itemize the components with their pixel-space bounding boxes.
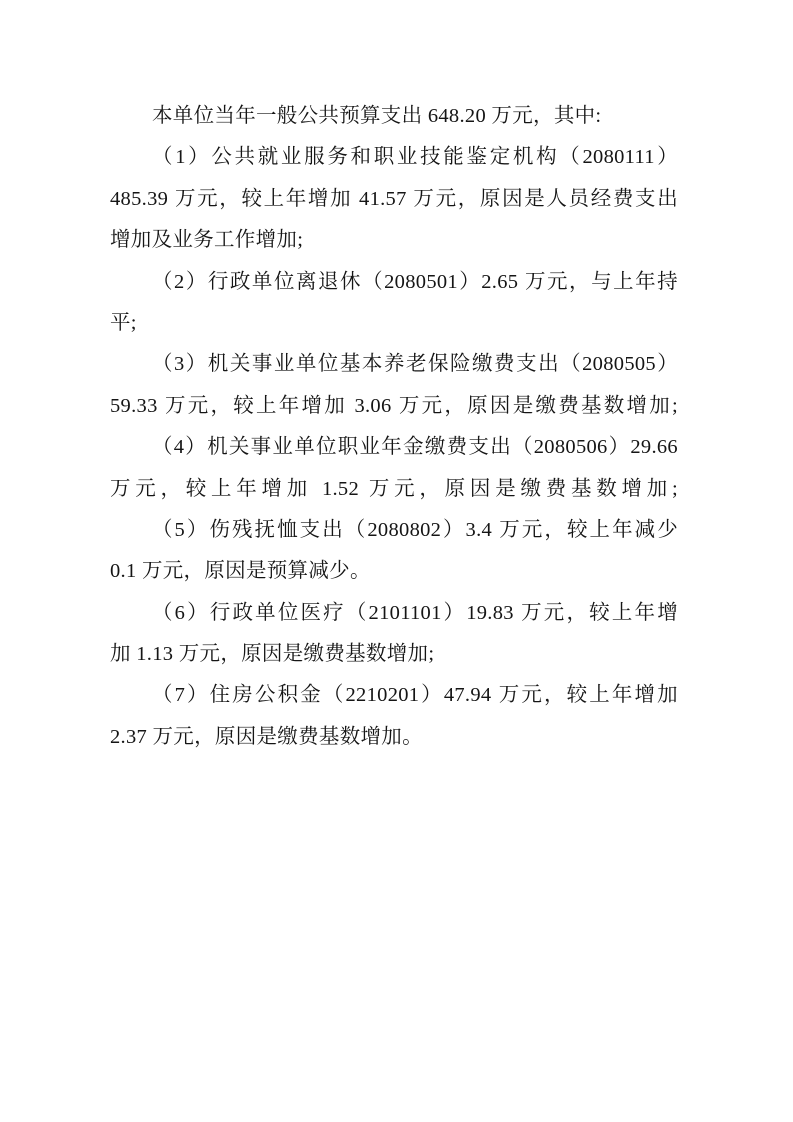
text-line: 增加及业务工作增加; — [110, 220, 678, 261]
budget-expenditure-text: 本单位当年一般公共预算支出 648.20 万元，其中: （1）公共就业服务和职业… — [110, 96, 678, 758]
text-line: （4）机关事业单位职业年金缴费支出（2080506）29.66 — [110, 427, 678, 468]
text-line: 59.33 万元，较上年增加 3.06 万元，原因是缴费基数增加; — [110, 386, 678, 427]
text-line: 485.39 万元，较上年增加 41.57 万元，原因是人员经费支出 — [110, 179, 678, 220]
paragraph-item-1: （1）公共就业服务和职业技能鉴定机构（2080111） 485.39 万元，较上… — [110, 137, 678, 261]
text-line: （5）伤残抚恤支出（2080802）3.4 万元，较上年减少 — [110, 510, 678, 551]
text-line: （2）行政单位离退休（2080501）2.65 万元，与上年持 — [110, 262, 678, 303]
text-line: （6）行政单位医疗（2101101）19.83 万元，较上年增 — [110, 593, 678, 634]
text-line: 本单位当年一般公共预算支出 648.20 万元，其中: — [110, 96, 678, 137]
text-line: （3）机关事业单位基本养老保险缴费支出（2080505） — [110, 344, 678, 385]
paragraph-item-6: （6）行政单位医疗（2101101）19.83 万元，较上年增 加 1.13 万… — [110, 593, 678, 676]
text-line: 0.1 万元，原因是预算减少。 — [110, 551, 678, 592]
paragraph-item-2: （2）行政单位离退休（2080501）2.65 万元，与上年持 平; — [110, 262, 678, 345]
text-line: （1）公共就业服务和职业技能鉴定机构（2080111） — [110, 137, 678, 178]
text-line: （7）住房公积金（2210201）47.94 万元，较上年增加 — [110, 675, 678, 716]
document-page: 本单位当年一般公共预算支出 648.20 万元，其中: （1）公共就业服务和职业… — [0, 0, 793, 1122]
paragraph-item-7: （7）住房公积金（2210201）47.94 万元，较上年增加 2.37 万元，… — [110, 675, 678, 758]
text-line: 万元，较上年增加 1.52 万元，原因是缴费基数增加; — [110, 469, 678, 510]
paragraph-item-4: （4）机关事业单位职业年金缴费支出（2080506）29.66 万元，较上年增加… — [110, 427, 678, 510]
text-line: 2.37 万元，原因是缴费基数增加。 — [110, 717, 678, 758]
text-line: 加 1.13 万元，原因是缴费基数增加; — [110, 634, 678, 675]
paragraph-item-3: （3）机关事业单位基本养老保险缴费支出（2080505） 59.33 万元，较上… — [110, 344, 678, 427]
paragraph-total: 本单位当年一般公共预算支出 648.20 万元，其中: — [110, 96, 678, 137]
text-line: 平; — [110, 303, 678, 344]
paragraph-item-5: （5）伤残抚恤支出（2080802）3.4 万元，较上年减少 0.1 万元，原因… — [110, 510, 678, 593]
